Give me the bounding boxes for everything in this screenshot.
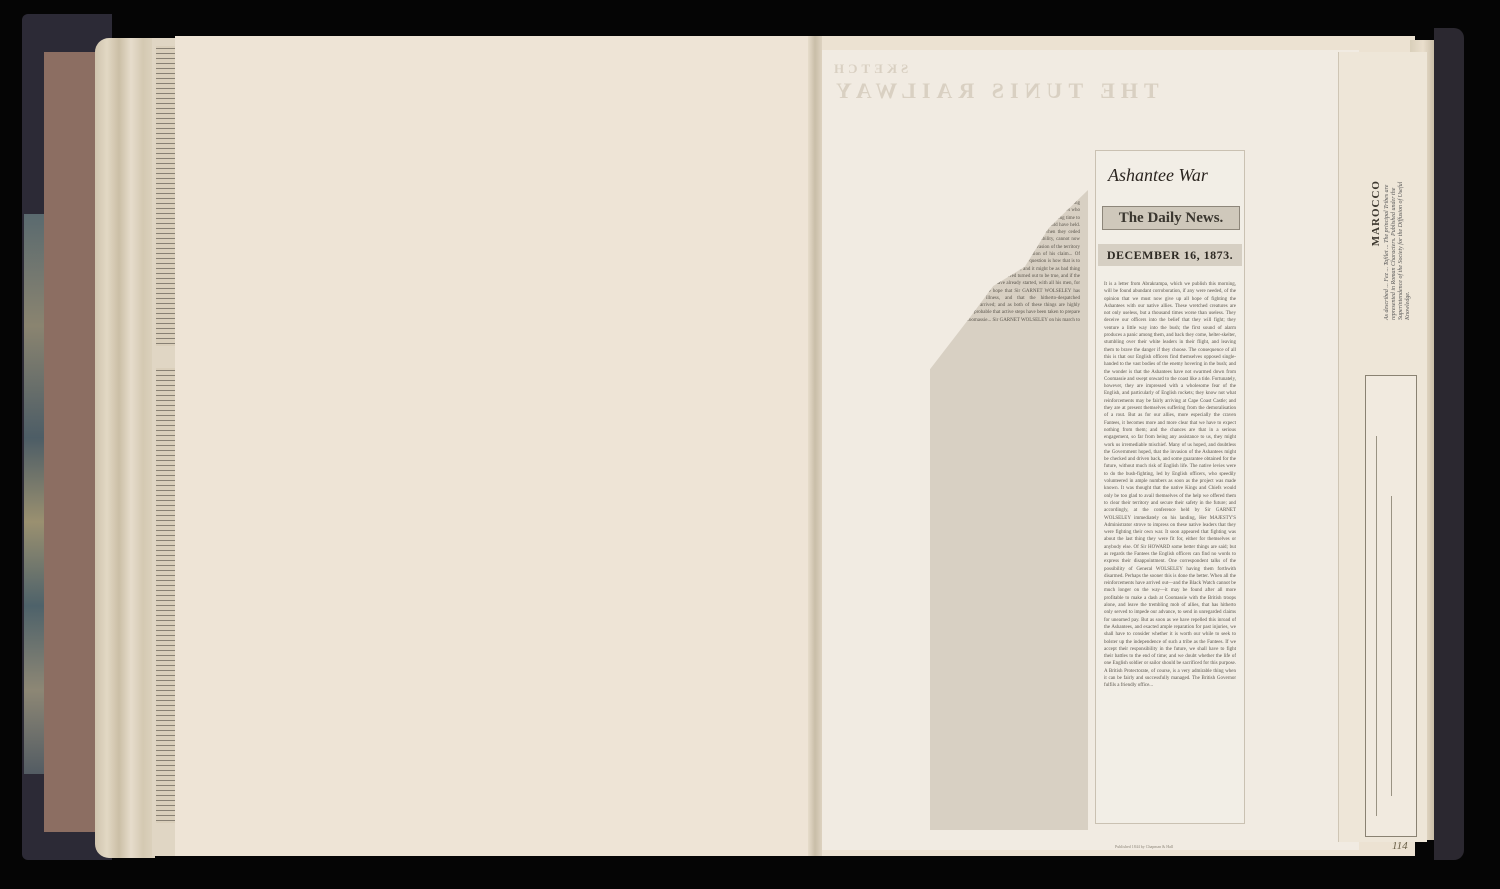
map-title: MAROCCO [1370,180,1382,246]
newspaper-clipping-main: Ashantee War The Daily News. DECEMBER 16… [1095,150,1245,824]
left-page-blank [175,36,815,856]
show-through-subtitle: SKETCH [830,61,908,77]
book-cover-right [1434,28,1464,860]
page-block-edges [95,38,155,858]
map-area [1365,375,1417,837]
page-number: 114 [1392,840,1408,852]
handwritten-label: Ashantee War [1108,165,1208,186]
newspaper-masthead: The Daily News. [1102,206,1240,230]
book-gutter [808,36,822,856]
clipping-article-text: It is a letter from Abrakrampa, which we… [1104,281,1236,816]
show-through-main: THE TUNIS RAILWAY [830,78,1159,104]
newspaper-date: DECEMBER 16, 1873. [1098,244,1242,266]
show-through-title: SKETCH THE TUNIS RAILWAY [830,60,1190,104]
marbled-edge [24,214,46,774]
footer-credit: Published 1844 by Chapman & Hall [1115,844,1173,849]
map-caption: As described ... Fez ... Tafilet ... The… [1384,170,1424,320]
map-river [1376,436,1377,816]
map-river [1391,496,1392,796]
